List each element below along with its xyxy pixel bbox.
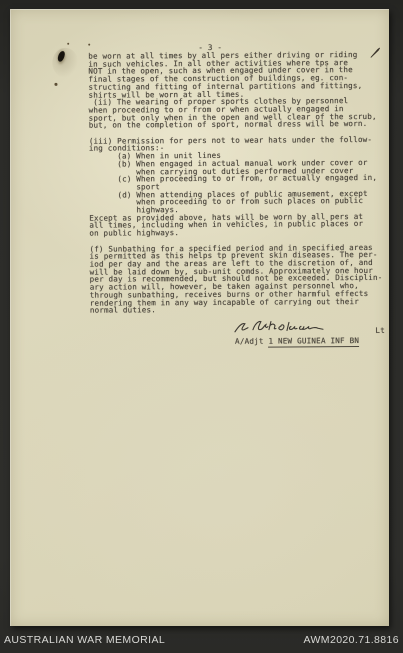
document-body-text: be worn at all times by all pers either …	[88, 51, 382, 315]
ink-speck	[67, 43, 69, 45]
document-page: - 3 - be worn at all times by all pers e…	[10, 9, 389, 626]
signature-unit: 1 NEW GUINEA INF BN	[268, 336, 359, 347]
signature-rank: Lt	[375, 326, 385, 335]
catalog-reference: AWM2020.71.8816	[303, 634, 399, 646]
institution-label: AUSTRALIAN WAR MEMORIAL	[4, 634, 165, 646]
handwritten-signature	[233, 317, 353, 336]
signature-role: A/Adjt	[235, 337, 268, 346]
ink-speck	[54, 83, 57, 86]
signature-role-unit: A/Adjt 1 NEW GUINEA INF BN	[235, 336, 359, 346]
signature-block: Lt A/Adjt 1 NEW GUINEA INF BN	[227, 313, 387, 356]
archive-footer: AUSTRALIAN WAR MEMORIAL AWM2020.71.8816	[0, 626, 403, 653]
ink-speck	[88, 44, 90, 46]
crease-smudge	[52, 48, 78, 78]
scan-viewer: { "page": { "number": "- 3 -" }, "body_l…	[0, 0, 403, 653]
page-content: - 3 - be worn at all times by all pers e…	[10, 8, 393, 627]
